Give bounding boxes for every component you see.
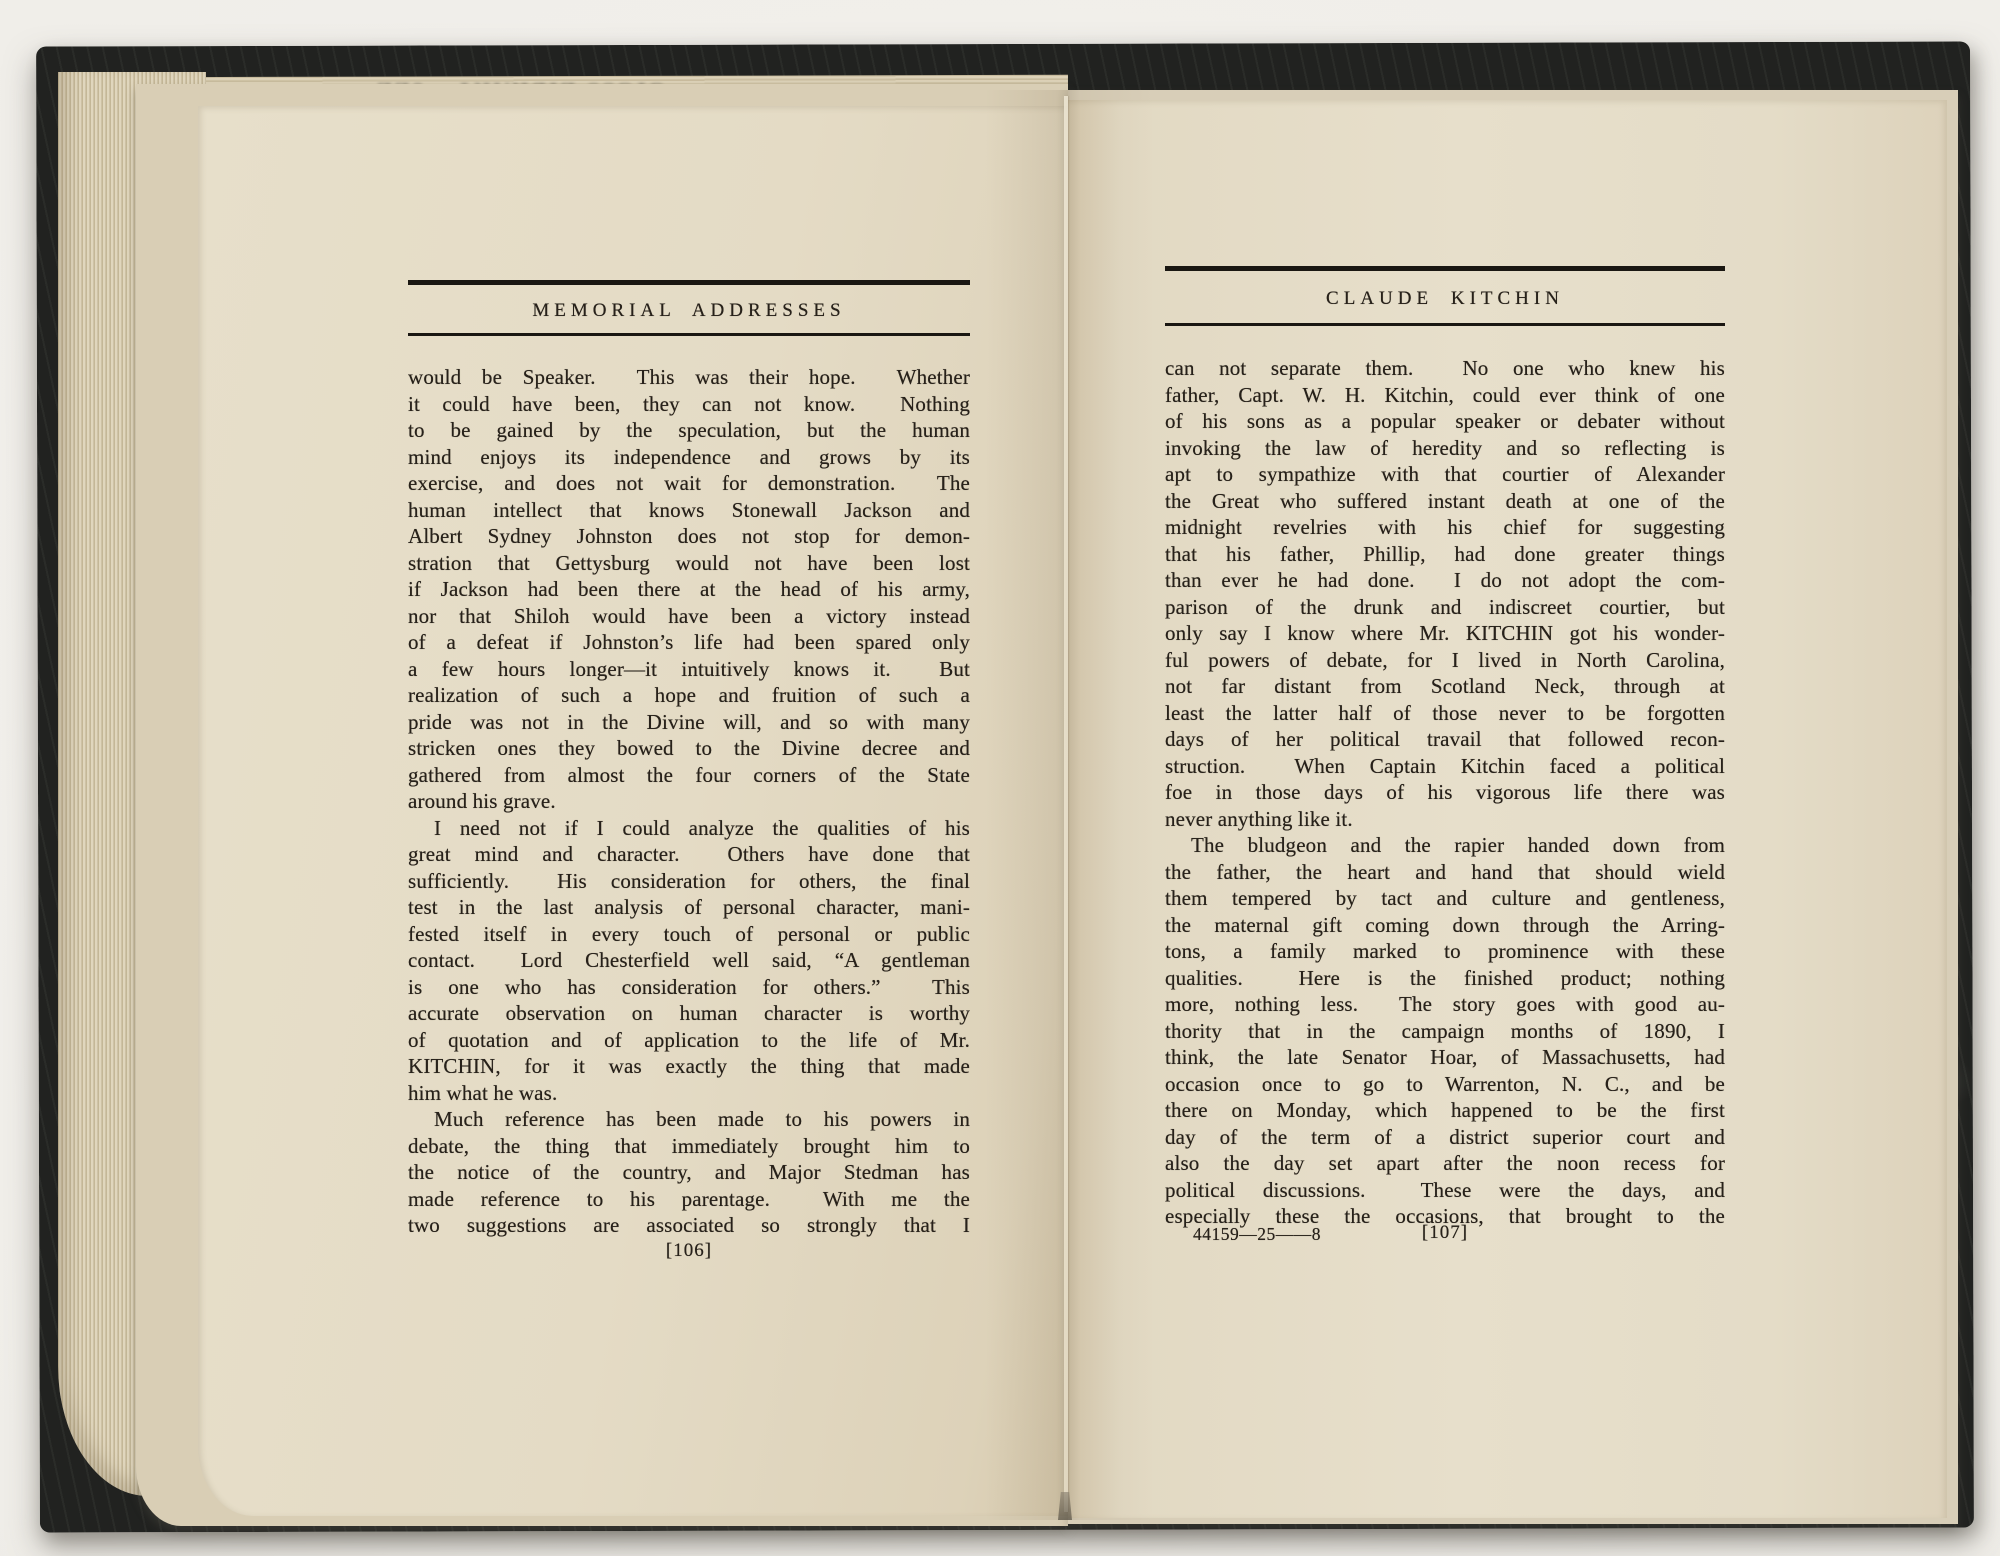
right-page-number: [107] xyxy=(1165,1222,1725,1244)
text-line: the notice of the country, and Major Ste… xyxy=(408,1159,970,1186)
text-line: day of the term of a district superior c… xyxy=(1165,1124,1725,1151)
text-line: days of her political travail that follo… xyxy=(1165,726,1725,753)
text-line: there on Monday, which happened to be th… xyxy=(1165,1097,1725,1124)
text-line: KITCHIN, for it was exactly the thing th… xyxy=(408,1053,970,1080)
text-line: would be Speaker. This was their hope. W… xyxy=(408,364,970,391)
text-line: of a defeat if Johnston’s life had been … xyxy=(408,629,970,656)
text-line: qualities. Here is the finished product;… xyxy=(1165,965,1725,992)
text-line: great mind and character. Others have do… xyxy=(408,841,970,868)
text-line: made reference to his parentage. With me… xyxy=(408,1186,970,1213)
gutter-deckle-edge xyxy=(1064,96,1068,1512)
text-line: Albert Sydney Johnston does not stop for… xyxy=(408,523,970,550)
text-line: two suggestions are associated so strong… xyxy=(408,1212,970,1239)
text-line: mind enjoys its independence and grows b… xyxy=(408,444,970,471)
text-line: human intellect that knows Stonewall Jac… xyxy=(408,497,970,524)
left-running-head: MEMORIAL ADDRESSES xyxy=(408,300,970,322)
text-line: ful powers of debate, for I lived in Nor… xyxy=(1165,647,1725,674)
text-line: fested itself in every touch of personal… xyxy=(408,921,970,948)
text-line: midnight revelries with his chief for su… xyxy=(1165,514,1725,541)
text-line: to be gained by the speculation, but the… xyxy=(408,417,970,444)
text-line: think, the late Senator Hoar, of Massach… xyxy=(1165,1044,1725,1071)
text-line: stricken ones they bowed to the Divine d… xyxy=(408,735,970,762)
right-page-body: can not separate them. No one who knew h… xyxy=(1165,355,1725,1230)
text-line: them tempered by tact and culture and ge… xyxy=(1165,885,1725,912)
text-line: it could have been, they can not know. N… xyxy=(408,391,970,418)
text-line: a few hours longer—it intuitively knows … xyxy=(408,656,970,683)
text-line: more, nothing less. The story goes with … xyxy=(1165,991,1725,1018)
text-line: I need not if I could analyze the qualit… xyxy=(408,815,970,842)
text-line: parison of the drunk and indiscreet cour… xyxy=(1165,594,1725,621)
text-line: test in the last analysis of personal ch… xyxy=(408,894,970,921)
text-line: foe in those days of his vigorous life t… xyxy=(1165,779,1725,806)
text-line: the Great who suffered instant death at … xyxy=(1165,488,1725,515)
text-line: nor that Shiloh would have been a victor… xyxy=(408,603,970,630)
text-line: invoking the law of heredity and so refl… xyxy=(1165,435,1725,462)
text-line: also the day set apart after the noon re… xyxy=(1165,1150,1725,1177)
right-header-rule-top xyxy=(1165,266,1725,271)
text-line: least the latter half of those never to … xyxy=(1165,700,1725,727)
text-line: accurate observation on human character … xyxy=(408,1000,970,1027)
text-line: of his sons as a popular speaker or deba… xyxy=(1165,408,1725,435)
text-line: if Jackson had been there at the head of… xyxy=(408,576,970,603)
text-line: sufficiently. His consideration for othe… xyxy=(408,868,970,895)
text-line: tons, a family marked to prominence with… xyxy=(1165,938,1725,965)
text-line: is one who has consideration for others.… xyxy=(408,974,970,1001)
text-line: struction. When Captain Kitchin faced a … xyxy=(1165,753,1725,780)
text-line: contact. Lord Chesterfield well said, “A… xyxy=(408,947,970,974)
text-line: Much reference has been made to his powe… xyxy=(408,1106,970,1133)
left-header-rule-top xyxy=(408,280,970,285)
text-line: gathered from almost the four corners of… xyxy=(408,762,970,789)
right-running-head: CLAUDE KITCHIN xyxy=(1165,288,1725,310)
left-page-text: MEMORIAL ADDRESSES would be Speaker. Thi… xyxy=(408,280,970,980)
left-page-body: would be Speaker. This was their hope. W… xyxy=(408,364,970,1239)
text-line: of quotation and of application to the l… xyxy=(408,1027,970,1054)
text-line: that his father, Phillip, had done great… xyxy=(1165,541,1725,568)
text-line: debate, the thing that immediately broug… xyxy=(408,1133,970,1160)
text-line: political discussions. These were the da… xyxy=(1165,1177,1725,1204)
text-line: occasion once to go to Warrenton, N. C.,… xyxy=(1165,1071,1725,1098)
text-line: exercise, and does not wait for demonstr… xyxy=(408,470,970,497)
text-line: apt to sympathize with that courtier of … xyxy=(1165,461,1725,488)
text-line: him what he was. xyxy=(408,1080,970,1107)
text-line: realization of such a hope and fruition … xyxy=(408,682,970,709)
text-line: the maternal gift coming down through th… xyxy=(1165,912,1725,939)
left-header-rule-bottom xyxy=(408,333,970,336)
left-page-number: [106] xyxy=(408,1240,970,1262)
text-line: thority that in the campaign months of 1… xyxy=(1165,1018,1725,1045)
text-line: The bludgeon and the rapier handed down … xyxy=(1165,832,1725,859)
text-line: can not separate them. No one who knew h… xyxy=(1165,355,1725,382)
text-line: stration that Gettysburg would not have … xyxy=(408,550,970,577)
text-line: around his grave. xyxy=(408,788,970,815)
text-line: not far distant from Scotland Neck, thro… xyxy=(1165,673,1725,700)
text-line: pride was not in the Divine will, and so… xyxy=(408,709,970,736)
text-line: the father, the heart and hand that shou… xyxy=(1165,859,1725,886)
open-book-photo: GIGSS LIBRARY – 8LL MEMORIAL ADDRESSES w… xyxy=(0,0,2000,1556)
text-line: only say I know where Mr. KITCHIN got hi… xyxy=(1165,620,1725,647)
text-line: than ever he had done. I do not adopt th… xyxy=(1165,567,1725,594)
text-line: never anything like it. xyxy=(1165,806,1725,833)
text-line: father, Capt. W. H. Kitchin, could ever … xyxy=(1165,382,1725,409)
right-header-rule-bottom xyxy=(1165,323,1725,326)
